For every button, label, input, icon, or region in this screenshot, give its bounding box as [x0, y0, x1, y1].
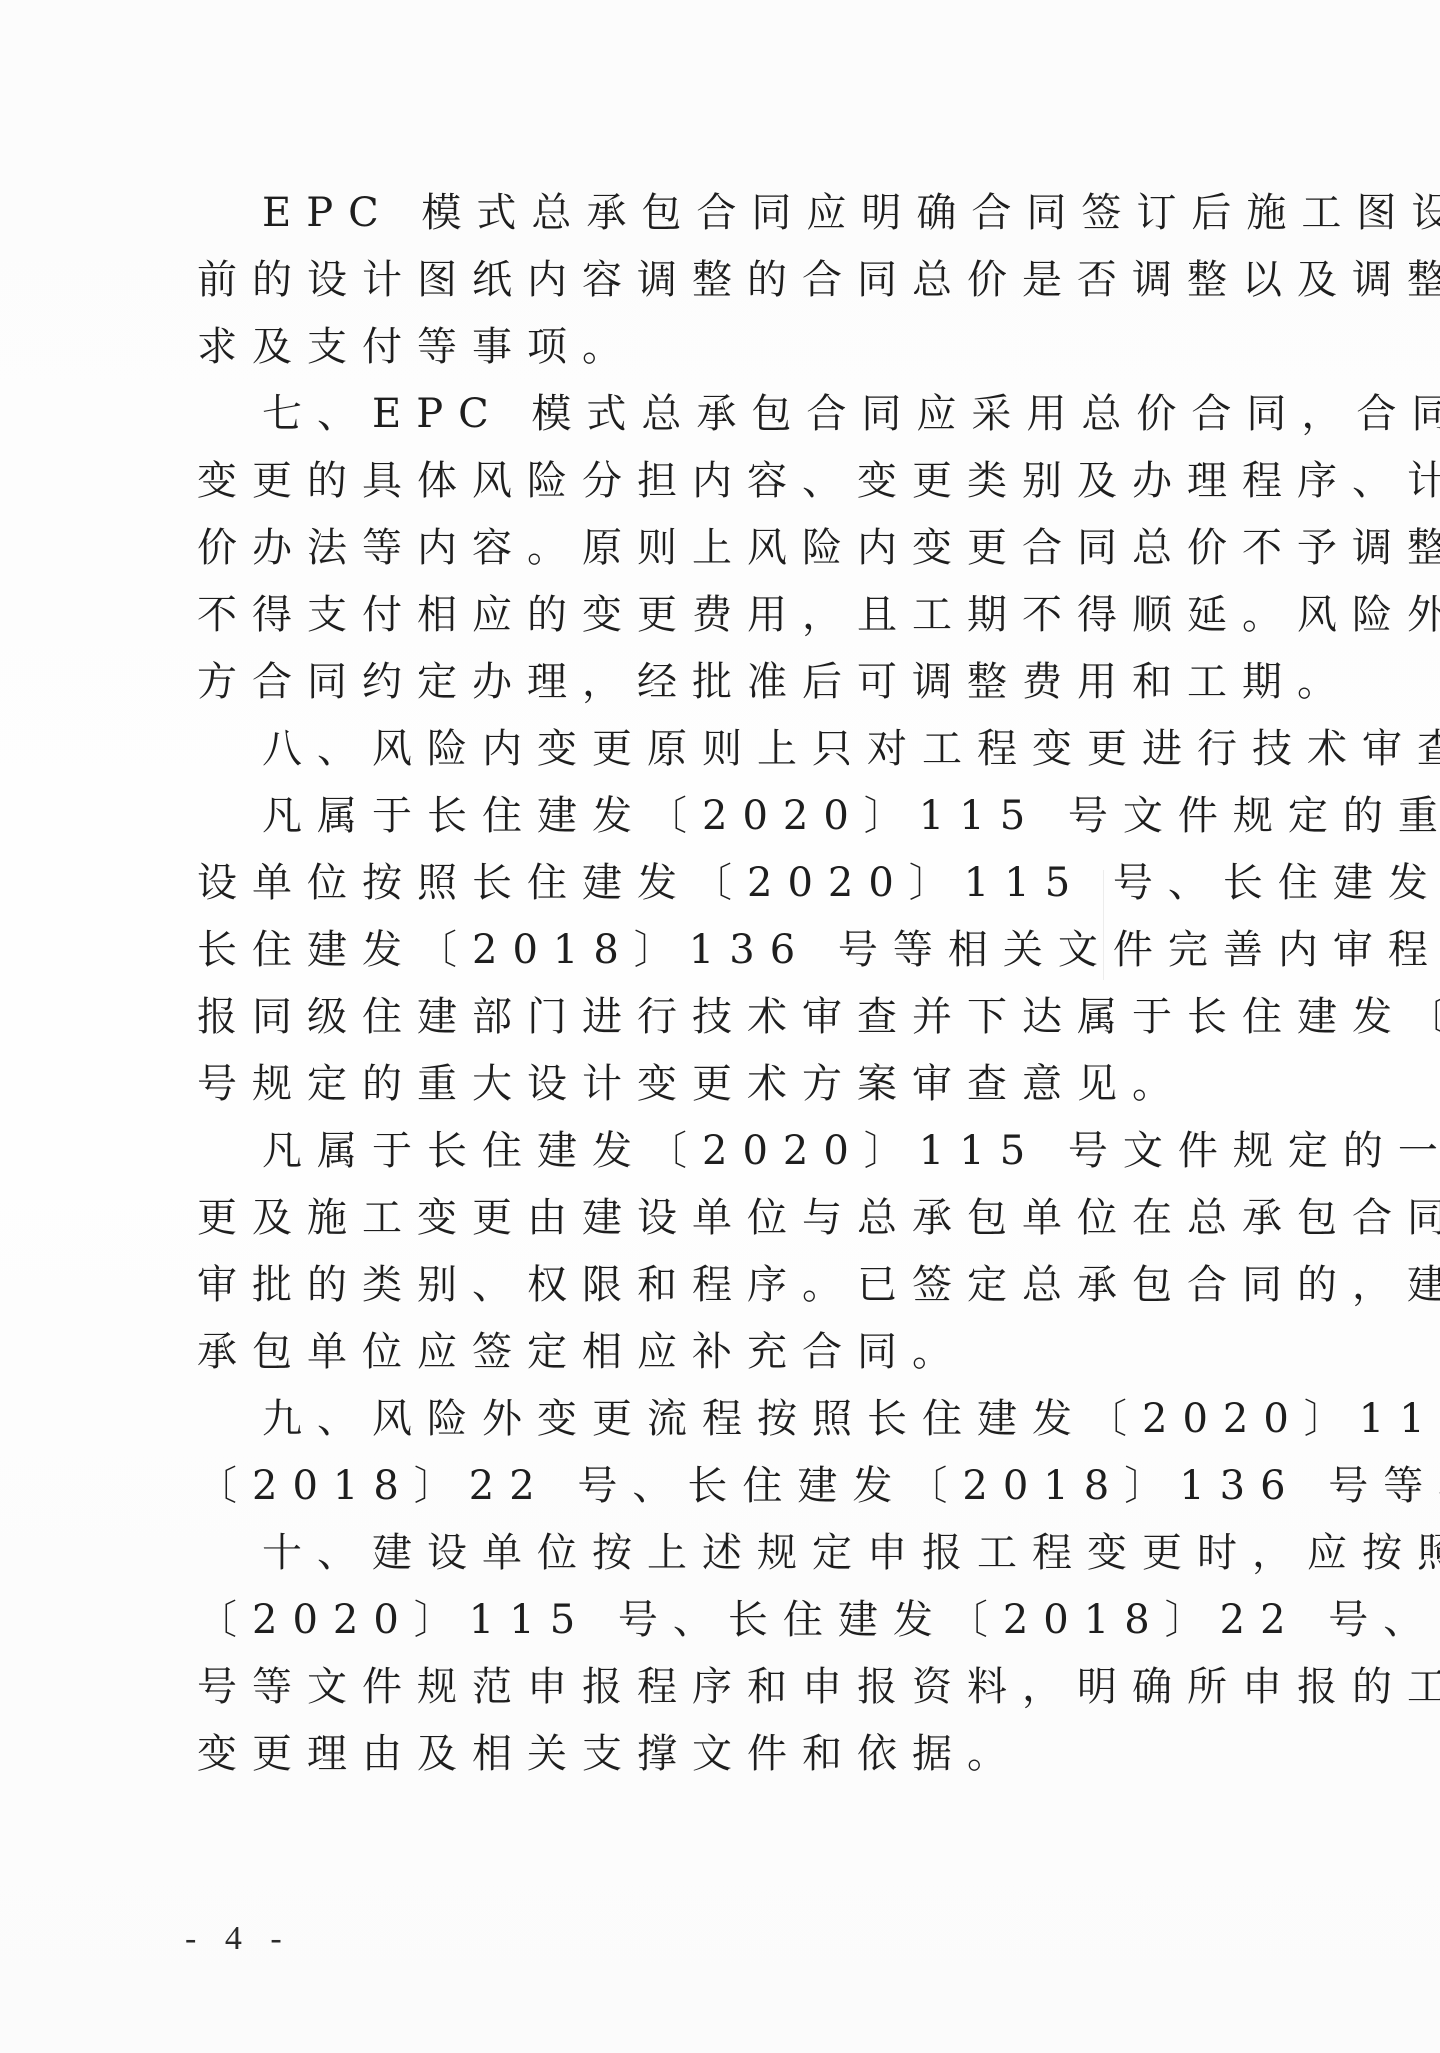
text-line: 价办法等内容。原则上风险内变更合同总价不予调整，建设单位	[197, 521, 1337, 588]
text-line: 凡属于长住建发〔2020〕115 号文件规定的重大设计变更，建	[197, 789, 1337, 856]
paragraph-clause-10: 十、建设单位按上述规定申报工程变更时，应按照长住建发 〔2020〕115 号、长…	[197, 1526, 1337, 1794]
paragraph-clause-9: 九、风险外变更流程按照长住建发〔2020〕115 号、长住建发 〔2018〕22…	[197, 1392, 1337, 1526]
text-line: 〔2020〕115 号、长住建发〔2018〕22 号、长住建发〔2018〕136	[197, 1593, 1337, 1660]
text-line: 不得支付相应的变更费用，且工期不得顺延。风险外变更按照双	[197, 588, 1337, 655]
scan-fold-mark	[1103, 870, 1104, 980]
text-line: 变更理由及相关支撑文件和依据。	[197, 1727, 1337, 1794]
text-line: 方合同约定办理，经批准后可调整费用和工期。	[197, 655, 1337, 722]
text-line: 更及施工变更由建设单位与总承包单位在总承包合同中约定变更	[197, 1191, 1337, 1258]
document-body: EPC 模式总承包合同应明确合同签订后施工图设计审查备案 前的设计图纸内容调整的…	[197, 186, 1337, 1794]
paragraph-clause-8-major-change: 凡属于长住建发〔2020〕115 号文件规定的重大设计变更，建 设单位按照长住建…	[197, 789, 1337, 1124]
text-line: EPC 模式总承包合同应明确合同签订后施工图设计审查备案	[197, 186, 1337, 253]
paragraph-clause-8-general-change: 凡属于长住建发〔2020〕115 号文件规定的一般、较大设计变 更及施工变更由建…	[197, 1124, 1337, 1392]
page-number: - 4 -	[185, 1920, 292, 1958]
paragraph-clause-8: 八、风险内变更原则上只对工程变更进行技术审查。	[197, 722, 1337, 789]
text-line: 前的设计图纸内容调整的合同总价是否调整以及调整的标准、要	[197, 253, 1337, 320]
text-line: 审批的类别、权限和程序。已签定总承包合同的，建设单位与总	[197, 1258, 1337, 1325]
text-line: 七、EPC 模式总承包合同应采用总价合同，合同中应约定工程	[197, 387, 1337, 454]
paragraph-contract-price-adjustment: EPC 模式总承包合同应明确合同签订后施工图设计审查备案 前的设计图纸内容调整的…	[197, 186, 1337, 387]
text-line: 号等文件规范申报程序和申报资料，明确所申报的工程变更类型、	[197, 1660, 1337, 1727]
text-line: 号规定的重大设计变更术方案审查意见。	[197, 1057, 1337, 1124]
text-line: 十、建设单位按上述规定申报工程变更时，应按照长住建发	[197, 1526, 1337, 1593]
text-line: 〔2018〕22 号、长住建发〔2018〕136 号等相关文件执行。	[197, 1459, 1337, 1526]
text-line: 长住建发〔2018〕136 号等相关文件完善内审程序后，按审批权限	[197, 923, 1337, 990]
text-line: 承包单位应签定相应补充合同。	[197, 1325, 1337, 1392]
text-line: 求及支付等事项。	[197, 320, 1337, 387]
text-line: 九、风险外变更流程按照长住建发〔2020〕115 号、长住建发	[197, 1392, 1337, 1459]
text-line: 凡属于长住建发〔2020〕115 号文件规定的一般、较大设计变	[197, 1124, 1337, 1191]
paragraph-clause-7: 七、EPC 模式总承包合同应采用总价合同，合同中应约定工程 变更的具体风险分担内…	[197, 387, 1337, 722]
document-page: EPC 模式总承包合同应明确合同签订后施工图设计审查备案 前的设计图纸内容调整的…	[0, 0, 1440, 2053]
text-line: 变更的具体风险分担内容、变更类别及办理程序、计量规则、计	[197, 454, 1337, 521]
text-line: 八、风险内变更原则上只对工程变更进行技术审查。	[197, 722, 1337, 789]
text-line: 报同级住建部门进行技术审查并下达属于长住建发〔2020〕115	[197, 990, 1337, 1057]
text-line: 设单位按照长住建发〔2020〕115 号、长住建发〔2018〕22 号、	[197, 856, 1337, 923]
